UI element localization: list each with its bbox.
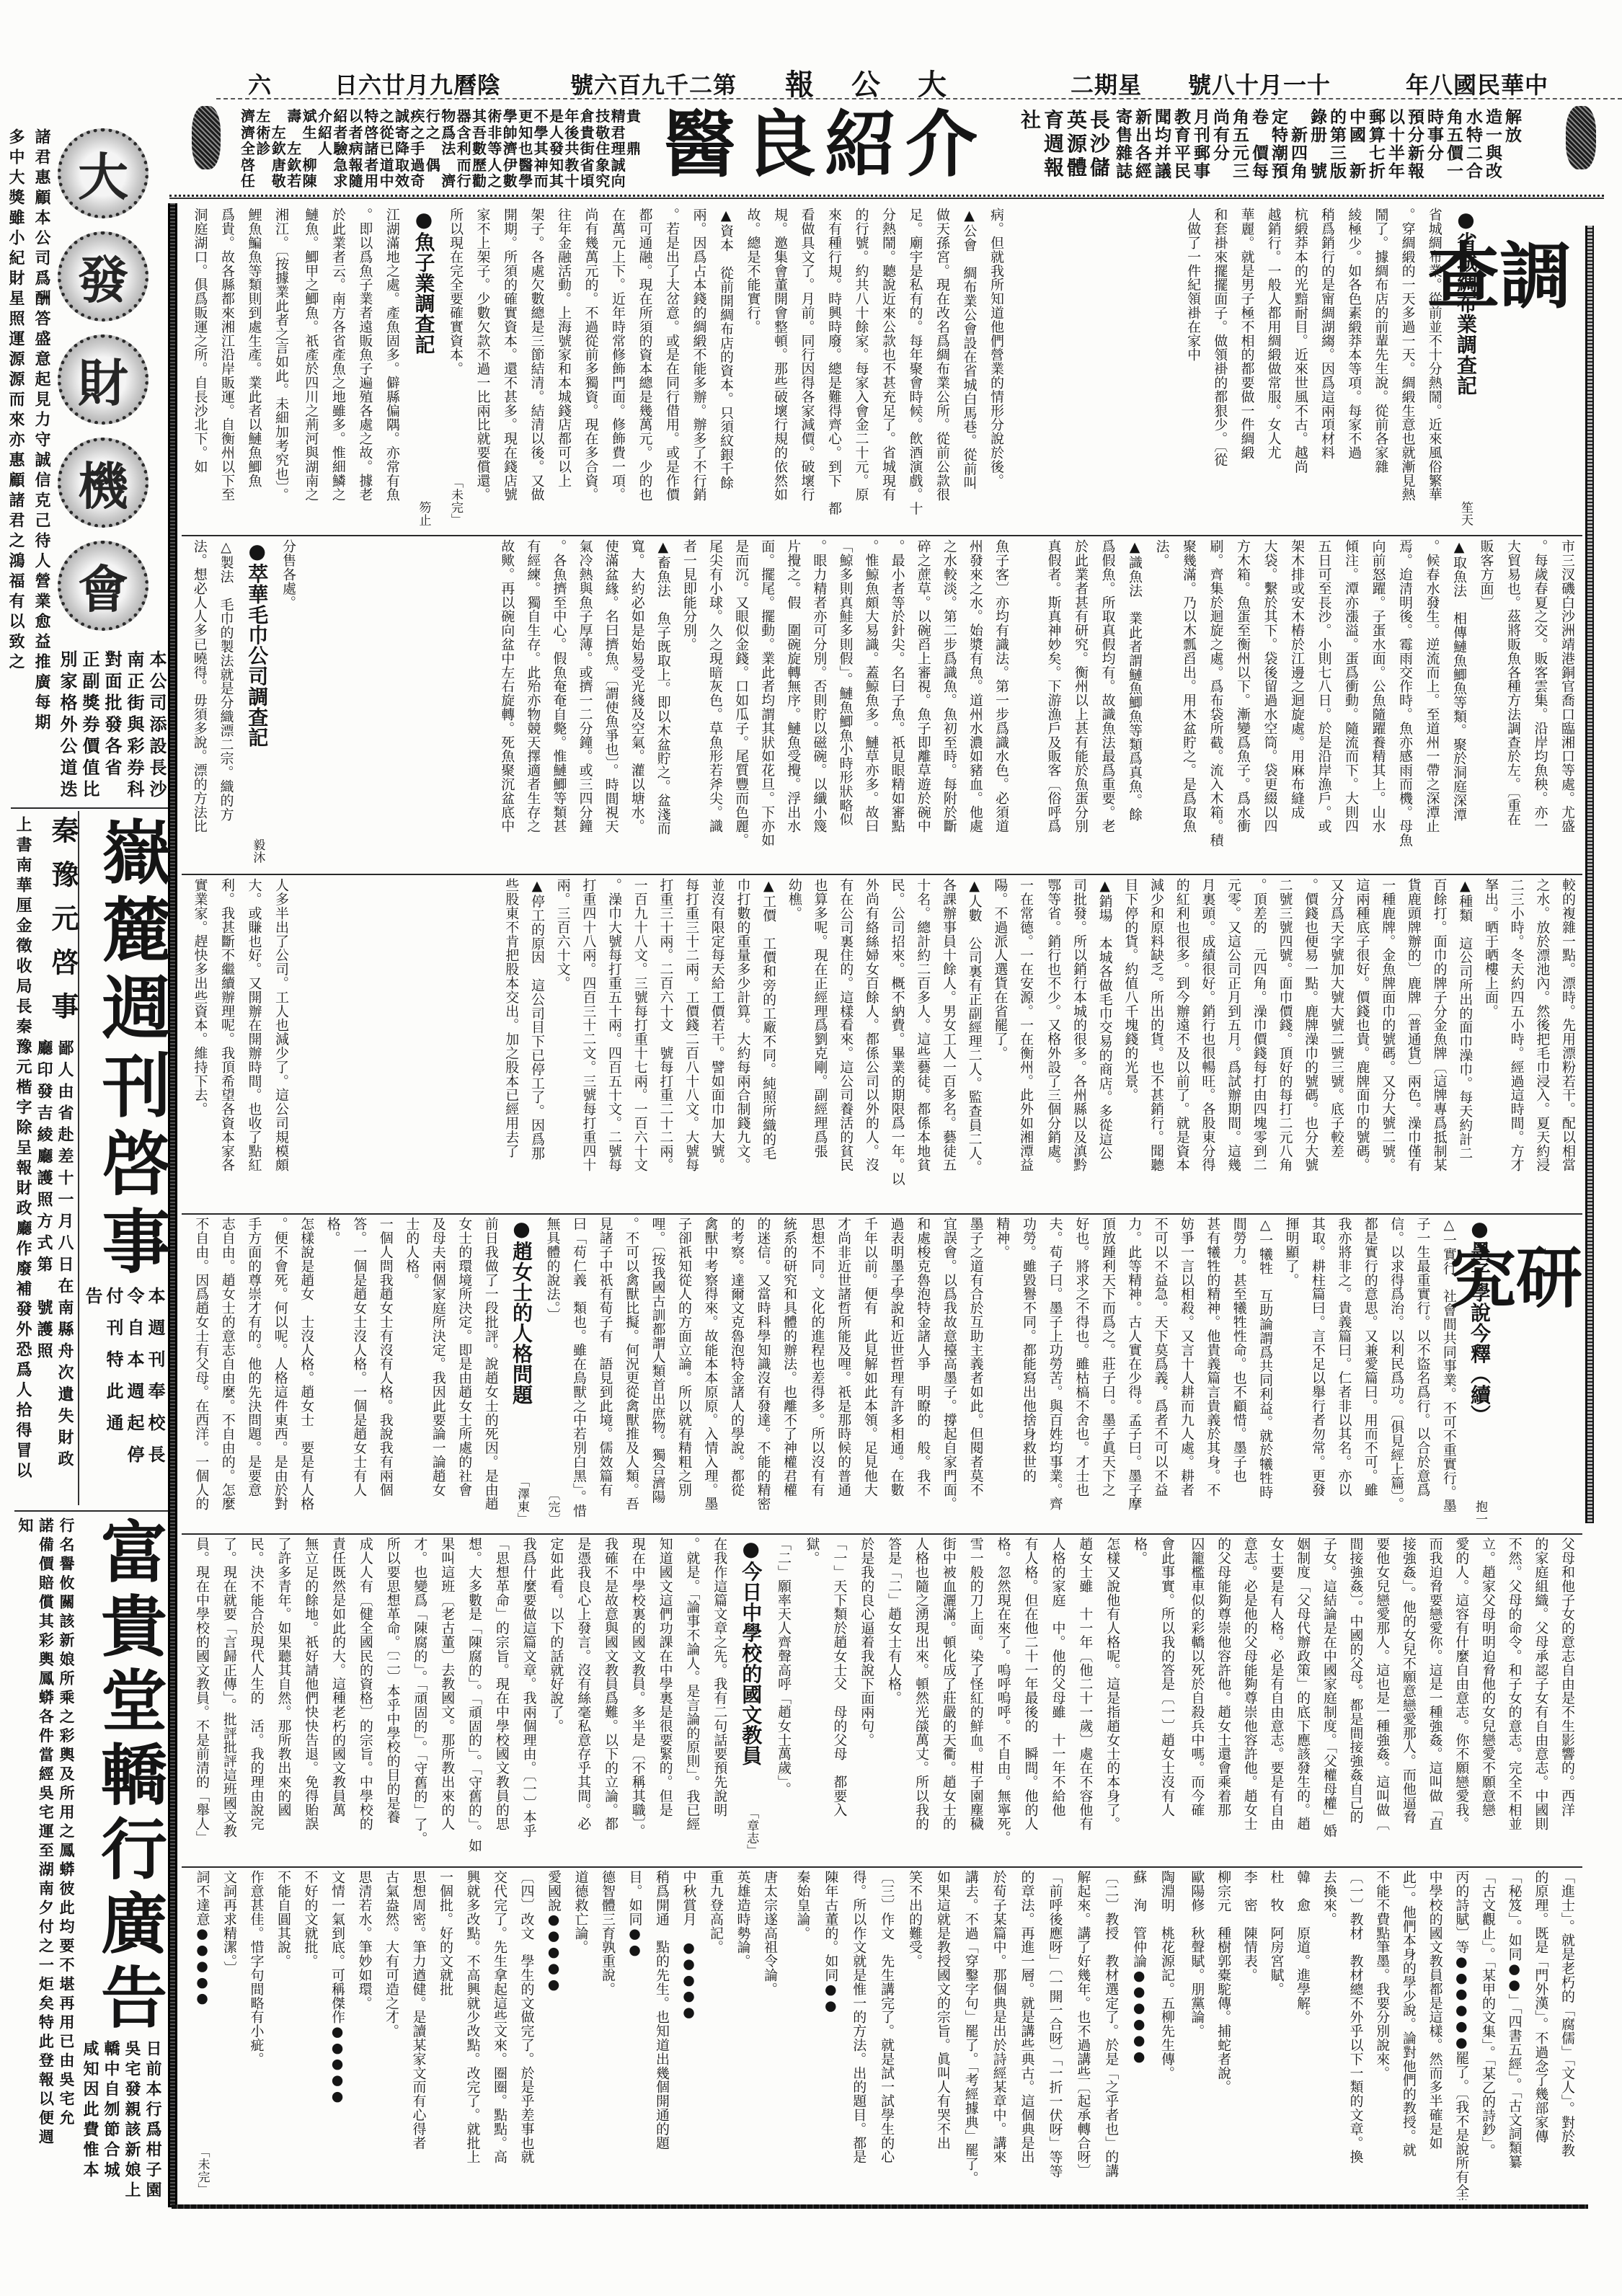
seal-circle: 財 <box>58 334 149 425</box>
column-text: 是憑我良心上發言。沒有絲毫私意存乎其間。必 <box>569 1537 596 1830</box>
text-column: 及母夫兩個家庭所決定。我因此要論一論趙女 <box>425 1217 451 1530</box>
column-text: 我確不是故意與國文教員爲難。以下的立論。都 <box>596 1537 624 1830</box>
magazine-notice: 寄新聞教月尚角卷定 錄的中郵以預時角水造解 售出均育刊有五 特新册第國算十分事五… <box>1116 108 1548 180</box>
text-column: 江湖滿地之處。產魚固多。僻縣偏隅。亦常有魚 <box>378 208 405 531</box>
column-text: 及母夫兩個家庭所決定。我因此要論一論趙女 <box>425 1217 451 1497</box>
text-column: 鰱魚。鯽甲之鯽魚。祇產於四川之荊河與湖南之 <box>297 208 324 531</box>
text-column: 交代完了。先生拿起這些文來。圈圈。點點。高 <box>486 1870 513 2200</box>
column-text: 怎樣又說他有人格呢。這是指趙女士的本身了。 <box>1098 1537 1125 1830</box>
text-column: 對面批發各省 <box>101 650 123 805</box>
text-column: 答是「二」趙女士有人格。 <box>879 1537 907 1861</box>
column-text: 實業家。趕快多出些資本。維持下去。 <box>186 878 213 1116</box>
fuguitang-ad-text-long: 行名譽攸關該新娘所乘之彩輿及所用之鳳蟒彼此均要不堪再用已由吳宅允諾備價賠償其彩輿… <box>14 1517 76 2206</box>
column-text: 有經練。獨自生存。此殆亦物競天擇適者生存之 <box>520 539 546 833</box>
column-text: 格。 <box>1125 1537 1153 1565</box>
text-column: 在萬元上下。近年時常修飾門面。修飾費一項。 <box>604 208 631 531</box>
column-text: 諸君惠顧本公司爲酬答盛意起見力守誠信克己待人營業愈益推廣每期 <box>29 128 55 734</box>
text-column: 。每歲春夏之交。販客雲集。沿岸均魚秧。亦一 <box>1526 539 1554 868</box>
text-column: 陶淵明 桃花源記。五柳先生傳。 <box>1153 1870 1181 2200</box>
column-text: 家不上架子。少數欠款不過一比兩比就要償還。 <box>469 208 496 501</box>
column-text: 我爲什麼要做這篇文章。我兩個理由。〔一〕本乎 <box>515 1537 542 1838</box>
text-column: 詞不達意●●●●●「未完」 <box>188 1870 216 2200</box>
column-text: 在萬元上下。近年時常修飾門面。修飾費一項。 <box>604 208 631 501</box>
text-column: 都是實行的意思。又兼愛篇曰。用而不可。雖 <box>1357 1217 1383 1530</box>
notice-row: 任 敬若陳 求隨用中效奇 濟行勸之數學而其十頃究向 <box>241 173 646 190</box>
column-text: 吳宅發親該新娘上 <box>121 2040 142 2202</box>
banner-title: 介紹良醫 <box>669 108 986 180</box>
column-text: 市三汊磯白沙洲靖港銅官喬口臨湘口等處。尤盛 <box>1554 539 1581 833</box>
column-text: 大 <box>78 137 128 210</box>
column-text: 的行號。約共八十餘家。每家入會金二十元。原 <box>847 208 874 501</box>
text-column: 的迷信。又當時科學知識沒有發達。不能的精密 <box>750 1217 776 1530</box>
column-text: 功勞。雖毀譽不同。都能寫出他捨身救世的 <box>1015 1217 1042 1483</box>
article-miss-zhao-personality: 統系的研究和具體的辦法。也離不了神權君權的迷信。又當時科學知識沒有發達。不能的精… <box>186 1217 802 1530</box>
column-text: 。候春水發生。逆流而上。至道州一帶之深潭止 <box>1418 539 1445 833</box>
text-column: 思想不同。文化的進程也差得多。所以沒有有 <box>804 1217 830 1530</box>
text-column: 開期。所須的確實資本。還不甚多。現在錢店號 <box>496 208 523 531</box>
article-fish-fry-identification: 魚子客〕亦均有識法。第一步爲識水色。必須道州發來之水。始漿有魚。道州水濃如豬血。… <box>494 539 1014 868</box>
text-column: 故歟。再以碗向盆中左右旋轉。死魚聚沉盆底中 <box>494 539 520 868</box>
text-column: 。若是出了大岔意。或是在同行借用。或是作價 <box>658 208 686 531</box>
text-column: 有經練。獨自生存。此殆亦物競天擇適者生存之 <box>520 539 546 868</box>
article-towel-staff-and-wages: 一在常德。一在安源。一在衡州。此外如湘潭益陽。不過派人選貨在省罷了。▲人數 公司… <box>497 878 1038 1207</box>
column-text: 機 <box>78 446 128 519</box>
text-column: 刷。齊集於迴旋之處。爲布袋所截。流入木箱。積 <box>1202 539 1229 868</box>
column-text: 法。 <box>1148 539 1175 567</box>
text-column: 都可通融。現在所須的資本總是幾萬元。少的也 <box>631 208 658 531</box>
column-text: 知道國文這們功課在中學裏是很要緊的。但是 <box>651 1537 678 1817</box>
column-text: 古氣盎然。大有可造之才。 <box>378 1870 405 2038</box>
text-column: 架木排或安木樁於江邊之迴旋處。用麻布縫成 <box>1283 539 1311 868</box>
text-column: 英雄造時勢論。 <box>729 1870 756 2200</box>
text-column: 焉。迨清明後。霉雨交作時。魚亦感雨而機。母魚 <box>1391 539 1419 868</box>
column-text: 鄂等省。銷行也不少。又格外設了三個分銷處。 <box>1040 878 1066 1171</box>
column-text: 二號三號四號。面巾價錢。頂好的每打二元八角 <box>1272 878 1298 1171</box>
text-column: 功勞。雖毀譽不同。都能寫出他捨身救世的 <box>1015 1217 1042 1530</box>
text-column: 尾尖有小球。久之現暗灰色。草魚形若斧尖。識 <box>702 539 728 868</box>
column-text: 於荀子某篇中。那個典是出於詩經某章中。講來 <box>985 1870 1013 2163</box>
column-text: 答是「二」趙女士有人格。 <box>879 1537 907 1705</box>
text-column: 之水。放於漂池內。然後把毛巾浸入。夏天約浸 <box>1529 878 1555 1207</box>
column-text: 講去。不過「穿鑿字句」罷了。「考經據典」罷了。 <box>957 1870 985 2185</box>
text-column: 也算多呢。現在正經理爲劉克剛。副經理爲張 <box>807 878 833 1207</box>
column-text: 李 密 陳情表。 <box>1236 1870 1263 1982</box>
text-column: ▲種類 這公司所出的面巾澡巾。每天約計二 <box>1452 878 1478 1207</box>
text-column: 文詞再求精潔。〕 <box>216 1870 243 2200</box>
text-column: 向前怒躍。子蛋水面。公魚隨躍養精其上。山水 <box>1364 539 1391 868</box>
column-text: 。若是出了大岔意。或是在同行借用。或是作價 <box>658 208 686 501</box>
text-column: 來有種行規。時興時廢。總是難得齊心。到下 都 <box>820 208 848 531</box>
column-text: 打重四十八兩。四百三十二文。三號每打重四十 <box>575 878 601 1171</box>
column-text: 別家格外公道迭 <box>56 650 79 802</box>
column-text: 。最小者等於針尖。名曰子魚。祇見眼精如審點 <box>885 539 910 833</box>
text-column: 本週刊奉校長 <box>145 1287 166 1503</box>
column-tail-note: 笏止 <box>405 501 442 531</box>
text-column: 丙的詩賦〕等●●●●●●罷了。〔我不是說所有全省 <box>1448 1870 1475 2200</box>
column-text: 文情一氣到底。可稱傑作●●●●● <box>324 1870 351 2104</box>
column-text: 也算多呢。現在正經理爲劉克剛。副經理爲張 <box>807 878 833 1158</box>
column-text: 文詞再求精潔。〕 <box>216 1870 243 1975</box>
text-column: 傾注。潭亦漲溢。蛋爲衝動。隨流而下。大則四 <box>1337 539 1365 868</box>
column-text: 子一生最重實行。以不盜名爲行。以合於意爲 <box>1409 1217 1435 1497</box>
page-bottom-rule <box>172 2204 1588 2209</box>
lottery-ad-circles: 大發財機會 <box>58 128 150 631</box>
tier-divider <box>182 1866 1582 1868</box>
text-column: 知 <box>14 1517 35 2206</box>
column-text: 了。現在就要「言歸正傳」。批評批評這班國文教 <box>215 1537 242 1838</box>
column-text: 「進士」。就是老朽的「腐儒」「文人」。對於教 <box>1554 1870 1580 2157</box>
text-column: 趙女士雖 十一年〔他二十一歲〕處在不容他有 <box>1071 1537 1098 1861</box>
text-column: 的章法。再進一層。就是講些典古。這個典是出 <box>1013 1870 1041 2200</box>
text-column: 架子。各處欠數總是三節結清。結清以後。又做 <box>523 208 550 531</box>
column-text: 江湖滿地之處。產魚固多。僻縣偏隅。亦常有魚 <box>378 208 405 501</box>
column-text: ●魚子業調查記 <box>405 208 442 355</box>
text-column: 有人格。但在他二十一年最後的 瞬間。他的人 <box>1016 1537 1044 1861</box>
headline-column: ●萃華毛巾公司調查記毅沐 <box>239 539 275 868</box>
column-text: 不然。父母的命令。和子女的意志。完全不相並 <box>1501 1537 1528 1830</box>
column-text: 洞庭湖口。俱爲販運之所。自長沙北下。如 <box>186 208 213 474</box>
text-column: 大袋。繫於其下。袋後留過水空筒。袋更綴以四 <box>1256 539 1283 868</box>
column-text: 於此業者甚有研究。衡州以上甚有能於魚蛋分別 <box>1067 539 1094 833</box>
ad-divider <box>14 1510 168 1512</box>
text-column: 人做了一件紀領褂在家中 <box>1179 208 1206 531</box>
column-text: 手方面的尊崇才有的。他的先決問題。是要意 <box>241 1217 267 1497</box>
text-column: 間接強姦〕。中國的父母。都是間接強姦自己的 <box>1342 1537 1369 1861</box>
text-column: 中秋賞月 ●●●●● <box>675 1870 702 2200</box>
text-column: 拏出。晒于晒樓上面。 <box>1477 878 1503 1207</box>
ad-divider <box>11 807 168 809</box>
notice-row: 誌經議民事 三每預角號版新折年報 一合改 <box>1116 162 1548 180</box>
article-miss-zhao-continued: 父母和他子女的意志自由是不生影響的。西洋的家庭組織。父母承認子女有自由意志。中國… <box>1182 1537 1580 1861</box>
text-column: 杜 牧 阿房宮賦。 <box>1263 1870 1290 2200</box>
column-text: 趙女士雖 十一年〔他二十一歲〕處在不容他有 <box>1071 1537 1098 1830</box>
column-text: 不能不費點筆墨。我要分別說來。 <box>1368 1870 1395 2080</box>
column-text: 現在中學校裏的國文教員。多半是〔不稱其職〕。 <box>624 1537 651 1838</box>
column-text: 子女。這結論是在中國家庭制度。「父權母權」婚 <box>1316 1537 1342 1838</box>
column-text: 。不可以禽獸比擬。何況更從禽獸推及人類。吾 <box>619 1217 645 1510</box>
text-column: 的原理。既是「門外漢」。不過念了幾部家傳 <box>1528 1870 1554 2200</box>
text-column: 德智體三育孰重說。 <box>594 1870 621 2200</box>
text-column: 。就是。「論事不論人。是言論的原則」。我已經 <box>678 1537 706 1861</box>
text-column: 此〕。他們本身的學少說。論對他們的教授。就 <box>1395 1870 1422 2200</box>
text-column: 責任既然是如此的大。這種老朽的國文教員萬 <box>324 1537 351 1861</box>
column-text: 歐陽修 秋聲賦。朋黨論。 <box>1184 1870 1210 2038</box>
text-column: 鄙人由省赴差十一月八日在南縣舟次遺失財政 <box>54 1040 75 1504</box>
column-text: 有人格。但在他二十一年最後的 瞬間。他的人 <box>1016 1537 1044 1830</box>
column-text: 詞不達意●●●●● <box>188 1870 216 2007</box>
text-column: 。不可以禽獸比擬。何況更從禽獸推及人類。吾 <box>619 1217 645 1530</box>
column-text: 尾尖有小球。久之現暗灰色。草魚形若斧尖。識 <box>702 539 728 833</box>
column-text: 德智體三育孰重說。 <box>594 1870 621 1996</box>
text-column: 打重四十八兩。四百三十二文。三號每打重四十 <box>575 878 601 1207</box>
column-text: 州發來之水。始漿有魚。道州水濃如豬血。他處 <box>962 539 988 833</box>
column-text: 前日我做了一段批評。說趙女士的死因。是由趙 <box>477 1217 504 1510</box>
text-column: 氣冷熱與魚子厚薄。或擠一二分鐘。或三四分鐘 <box>572 539 598 868</box>
text-column: 「秘笈」。如同●●」「四書五經」。「古文詞類纂 <box>1501 1870 1528 2200</box>
text-column: 而我迫脅要戀愛你。這是一種強姦。這叫做「直 <box>1422 1537 1448 1861</box>
text-column: 廳印發吉綾廳護照方式第 號護照 <box>33 1040 54 1504</box>
text-column: 百餘打。面巾的牌子分金魚牌〔這牌專爲抵制某 <box>1426 878 1452 1207</box>
column-text: 了許多青年。如果聽其自然。那所教出來的國 <box>270 1537 297 1817</box>
text-column: 減少和原料缺乏。所出的貨。也不甚銷行。聞聽 <box>1143 878 1169 1207</box>
text-column: 正副獎券價值比 <box>79 650 101 805</box>
article-middle-school-teachers: 「二」願率天人齊聲高呼「趙女士萬歲」。●今日中學校的國文教員「章志」在我作這篇文… <box>186 1537 797 1861</box>
qin-notice-text-long: 上書南華厘金徵收局長秦豫元楷字除呈報財政廳作廢補發外恐爲人拾得冒以 <box>12 816 33 1504</box>
article-towel-conclusion: 人多半出了公司。工人也減少了。這公司規模頗大。或賺也好。又開辦在開辦時間。也收了… <box>186 878 294 1207</box>
column-text: 外尚有絡絲婦女百餘人。都係公司以外的人。沒 <box>858 878 884 1171</box>
column-text: 刷。齊集於迴旋之處。爲布袋所截。流入木箱。積 <box>1202 539 1229 847</box>
article-mozi-doctrine: ●墨子學說今釋（續）抱一△一實行 社會間共同事業。不可不重實行。墨子一生最重實行… <box>1121 1217 1497 1530</box>
text-column: 於此業者甚有研究。衡州以上甚有能於魚蛋分別 <box>1067 539 1094 868</box>
text-column: 。穿綢緞的一天多過一天。綢緞生意也就漸見熱 <box>1393 208 1420 531</box>
column-text: 令自本週起停 <box>124 1287 145 1477</box>
column-text: 間接強姦〕。中國的父母。都是間接強姦自己的 <box>1342 1537 1369 1824</box>
text-column: 諾備價賠償其彩輿鳳蟒各件當經吳宅運至湖南夕付之一炬矣特此登報以便週 <box>35 1517 56 2206</box>
column-text: 日前本行爲柑子園 <box>142 2040 163 2202</box>
text-column: 中學校的國文教員都是這樣。然而多半確是如 <box>1422 1870 1448 2200</box>
qin-notice-text: 鄙人由省赴差十一月八日在南縣舟次遺失財政廳印發吉綾廳護照方式第 號護照 <box>33 1040 75 1504</box>
text-column: 。便不會死。何以呢。人格這件東西。是由於對 <box>267 1217 293 1530</box>
text-column: 外尚有絡絲婦女百餘人。都係公司以外的人。沒 <box>858 878 884 1207</box>
doctor-notice: 濟左 壽斌介紹以特之誠疾行物器其術學更不是年倉技精貴 濟術左 生紹者者啓從寄之之… <box>241 108 646 190</box>
text-column: 。惟鯨魚頗大易識。蓋鯨魚多。鰱草亦多。故曰 <box>858 539 884 868</box>
text-column: 於荀子某篇中。那個典是出於詩經某章中。講來 <box>985 1870 1013 2200</box>
column-text: 十名。總計約二百多人。這些藝徒。都係本地貧 <box>910 878 936 1171</box>
text-column: 手方面的尊崇才有的。他的先決問題。是要意 <box>241 1217 267 1530</box>
tier-divider <box>182 1533 1582 1535</box>
column-text: 「鯨多則真鮭多則假」。鰱魚鯽魚小時形狀略似 <box>832 539 858 826</box>
column-text: 興就多改點。不高興就少改點。改完了。就批上 <box>458 1870 486 2163</box>
column-text: 大袋。繫於其下。袋後留過水空筒。袋更綴以四 <box>1256 539 1283 833</box>
text-column: 講去。不過「穿鑿字句」罷了。「考經據典」罷了。 <box>957 1870 985 2200</box>
column-text: 故。總是不能實行。 <box>739 208 766 334</box>
text-column: 尚有幾萬元的。不過從前多獨資。現在多合資。 <box>577 208 604 531</box>
notice-row: 社育英長 <box>1018 108 1113 132</box>
text-column: 去換來。 <box>1316 1870 1342 2200</box>
column-text: 大貿易也。茲將販魚各種方法調查於左。〔重在 <box>1499 539 1527 826</box>
text-column: 大。或賺也好。又開辦在開辦時間。也收了點紅 <box>240 878 267 1207</box>
article-towel-company-survey: 分售各處。●萃華毛巾公司調查記毅沐△製法 毛巾的製法就是分織漂二宗。織的方法。想… <box>186 539 301 868</box>
text-column: 墨子之道有合於互助主義者如此。但閱者莫不 <box>962 1217 989 1530</box>
column-text: 秦始皇論。 <box>789 1870 817 1940</box>
notice-row: 寄新聞教月尚角卷定 錄的中郵以預時角水造解 <box>1116 108 1548 126</box>
text-column: 歐陽修 秋聲賦。朋黨論。 <box>1184 1870 1210 2200</box>
text-column: 諸君惠顧本公司爲酬答盛意起見力守誠信克己待人營業愈益推廣每期 <box>29 128 55 781</box>
column-text: 接強姦」。他的女兒不願意戀愛那人。而他逼脅 <box>1395 1537 1422 1824</box>
text-column: 目。如同●● <box>621 1870 648 2200</box>
column-text: 民。公司招來。概不納費。畢業的期限爲一年。以 <box>884 878 910 1186</box>
text-column: 愛的人。這容有什麼自由意志。你不願戀愛我。 <box>1448 1537 1475 1861</box>
text-column: 過表明墨子學說和近世哲理有許多相通。在數 <box>883 1217 910 1530</box>
text-column: 稍爲開通 點的先生。也知道出幾個開通的題 <box>648 1870 675 2200</box>
text-column: 〔三〕作文 先生講完了。就是試一試學生的心 <box>872 1870 900 2200</box>
text-column: 李 密 陳情表。 <box>1236 1870 1263 2200</box>
column-text: 廳印發吉綾廳護照方式第 號護照 <box>33 1040 54 1364</box>
text-column: 者一見即能分別。 <box>676 539 702 868</box>
column-text: 的迷信。又當時科學知識沒有發達。不能的精密 <box>750 1217 776 1510</box>
column-text: ▲工價 工價和旁的工廠不同。純照所織的毛 <box>755 878 781 1160</box>
paper-name: 大公報 <box>821 71 984 99</box>
column-text: 不能自圓其說。 <box>270 1870 297 1968</box>
text-column: ▲識魚法 業此者謂鰱魚鯽魚等類爲真魚。餘 <box>1121 539 1148 868</box>
column-tail-note: 「未完」 <box>188 2145 216 2200</box>
text-column: 好也。將求之不得也。雖枯槁不舍也。才士也 <box>1068 1217 1095 1530</box>
text-column: 知道國文這們功課在中學裏是很要緊的。但是 <box>651 1537 678 1861</box>
text-column: 文情一氣到底。可稱傑作●●●●● <box>324 1870 351 2200</box>
column-text: 巾打數的重量多少計算。大約每兩合制錢九文。 <box>730 878 755 1171</box>
column-text: 面。擺尾。擺動。業此者均謂其狀如花旦。下亦如 <box>754 539 780 847</box>
column-text: 人做了一件紀領褂在家中 <box>1179 208 1206 361</box>
text-column: 爲假魚。所取真假均有。故識魚法最爲重要。老 <box>1094 539 1121 868</box>
article-silk-cloth-survey: ●省城綢布業調查記笙天省城綢布業。從前並不十分熱鬧。近來風俗繁華。穿綢緞的一天多… <box>1179 208 1484 531</box>
right-border-ornament <box>1585 226 1594 1523</box>
column-text: 要他女兒戀愛那人。這也是一種強姦。這叫做〔 <box>1368 1537 1395 1830</box>
column-text: 的父母能夠尊崇他容許他。趙女士還會乘着那 <box>1210 1537 1236 1817</box>
column-text: ▲識魚法 業此者謂鰱魚鯽魚等類爲真魚。餘 <box>1121 539 1148 821</box>
column-text: ▲銷場 本城各做毛巾交易的商店。多從這公 <box>1091 878 1117 1160</box>
column-text: 。頂差的 元四角。澡巾價錢每打由四塊零到二 <box>1246 878 1272 1171</box>
column-text: 韓 愈 原道。進學解。 <box>1289 1870 1316 2024</box>
text-column: 怎樣說是趙女 士沒人格。趙女士 要是有人格 <box>293 1217 320 1530</box>
text-column: 聚幾滿。乃以木瓢舀出。用木盆貯之。是爲取魚 <box>1175 539 1202 868</box>
column-text: 貨鹿頭牌辦的〕鹿牌〔普通貨〕兩色。澡巾僅有 <box>1400 878 1426 1171</box>
column-text: 於此業者云。南方各省產魚之地雖多。惟細鱗之 <box>324 208 351 501</box>
column-text: 之水較淡。第二步爲識魚。魚初至時。每附於斷 <box>936 539 962 833</box>
text-column: 使滿盆緣。名曰擠魚。〔謂使魚爭也〕。時間視天 <box>598 539 624 868</box>
text-column: 州發來之水。始漿有魚。道州水濃如豬血。他處 <box>962 539 988 868</box>
column-text: 有在公司裏住的。這樣看來。這公司養活的貧民 <box>832 878 858 1171</box>
tier-divider <box>182 874 1582 875</box>
column-text: 意志。必是他的父母能夠尊崇他容許他。趙女士 <box>1236 1537 1263 1830</box>
article-silk-capital-and-fry-survey: 規。邀集會董開會整頓。那些破壞行規的依然如故。總是不能實行。▲資本 從前開綢布店… <box>296 208 793 531</box>
column-text: 哩。〔按我國古訓都謂人類首出庶物。獨合濟陽 <box>644 1217 671 1504</box>
text-column: 目下停的貨。約值八千塊錢的光景。 <box>1117 878 1143 1207</box>
column-text: 稍爲銷行的是甯綢湖縐。因爲這兩項材料 <box>1313 208 1340 459</box>
text-column: 足。廟宇是私有的。每年聚會時候。飲酒演戲。十 <box>901 208 929 531</box>
column-text: 架木排或安木樁於江邊之迴旋處。用麻布縫成 <box>1283 539 1311 819</box>
tier-divider <box>182 535 1582 536</box>
column-text: 販客方面〕 <box>1472 539 1499 609</box>
column-text: 規。邀集會董開會整頓。那些破壞行規的依然如 <box>766 208 794 501</box>
text-column: 在我作這篇文章之先。我有二句話要預先說明 <box>705 1537 732 1861</box>
column-text: 陶淵明 桃花源記。五柳先生傳。 <box>1153 1870 1181 2080</box>
text-column: 要他女兒戀愛那人。這也是一種強姦。這叫做〔 <box>1369 1537 1396 1861</box>
text-column: 鄂等省。銷行也不少。又格外設了三個分銷處。 <box>1040 878 1066 1207</box>
column-text: 上書南華厘金徵收局長秦豫元楷字除呈報財政廳作廢補發外恐爲人拾得冒以 <box>12 816 33 1482</box>
text-column: ▲銷場 本城各做毛巾交易的商店。多從這公 <box>1091 878 1117 1207</box>
column-text: 好也。將求之不得也。雖枯槁不舍也。才士也 <box>1068 1217 1095 1497</box>
column-text: ▲畜魚法 魚子既取上。即以木盆貯之。盆淺而 <box>650 539 676 835</box>
article-teachers-instruction: 陶淵明 桃花源記。五柳先生傳。蘇 洵 管仲論●●●●●●〔二〕教授 教材選定了。… <box>786 1870 1181 2200</box>
text-column: 思清若水。筆妙如環。 <box>350 1870 378 2200</box>
column-text: 往年金融活動。上海號家和本城錢店都可以上 <box>550 208 577 487</box>
fuguitang-ad-text: 日前本行爲柑子園吳宅發親該新娘上轎中自刎節合城咸知因此費惟本 <box>79 2040 163 2204</box>
text-column: ▲公會 綢布業公會設在省城白馬巷。從前叫 <box>955 208 983 531</box>
text-column: 了。現在就要「言歸正傳」。批評批評這班國文教 <box>215 1537 242 1861</box>
text-column: 哩。〔按我國古訓都謂人類首出庶物。獨合濟陽 <box>644 1217 671 1530</box>
column-text: 此〕。他們本身的學少說。論對他們的教授。就 <box>1395 1870 1422 2157</box>
text-column: 女士的環境所決定。即是由趙女士所處的社會 <box>451 1217 478 1530</box>
column-text: ●萃華毛巾公司調查記 <box>239 539 275 748</box>
column-text: 司批發。所以銷行本城的很多。各州縣以及滇黔 <box>1065 878 1091 1171</box>
text-column: 較的複雜一點。漂時。先用漂粉若干。配以相當 <box>1554 878 1580 1207</box>
column-text: 者一見即能分別。 <box>676 539 702 651</box>
text-column: 不能不費點筆墨。我要分別說來。 <box>1369 1870 1396 2200</box>
tier-divider <box>182 1213 1582 1215</box>
column-text: 〔三〕作文 先生講完了。就是試一試學生的心 <box>872 1870 900 2163</box>
text-column: 的紅利也很多。到今辦遠不及以前了。就是資本 <box>1169 878 1195 1207</box>
column-text: 爲貴。故各縣都來湘江沿岸販運。自衡州以下至 <box>213 208 241 501</box>
text-column: 利。我甚斷不繼續辦理呢。我頂希望各資本家各 <box>213 878 241 1207</box>
text-column: 統系的研究和具體的辦法。也離不了神權君權 <box>776 1217 803 1530</box>
column-text: ▲人數 公司裏有正副經理二人。監查員二人。 <box>961 878 987 1174</box>
text-column: 興就多改點。不高興就少改點。改完了。就批上 <box>458 1870 486 2200</box>
column-text: 格。忽然現在來了。嗚呼嗚呼。不自由。無寧死。 <box>989 1537 1016 1845</box>
text-column: 吳宅發親該新娘上 <box>121 2040 142 2204</box>
text-column: 付刊特此通 <box>103 1287 124 1503</box>
column-text: 不可以不益急。天下莫爲義。爲者不可以不益 <box>1147 1217 1173 1497</box>
text-column: 〔四〕改文 學生的文做完了。於是乎差事也就 <box>513 1870 540 2200</box>
column-text: 。即以爲魚子業者遠販魚子遍殖各處之故。據老 <box>351 208 378 501</box>
column-text: 人格也隨之湧現出來。頓然光燄萬丈。所以我的 <box>907 1537 934 1830</box>
column-text: 各課辦事員十餘人。男女工人一百多名。藝徒五 <box>935 878 961 1171</box>
article-teachers-materials: 「進士」。就是老朽的「腐儒」「文人」。對於教的原理。既是「門外漢」。不過念了幾部… <box>1182 1870 1580 2200</box>
text-column: 大貿易也。茲將販魚各種方法調查於左。〔重在 <box>1499 539 1527 868</box>
text-column: 分熱鬧。聽說近來公款也不甚充足了。省城現有 <box>874 208 902 531</box>
column-text: ●趙女士的人格問題 <box>504 1217 539 1405</box>
notice-row: 全診欽左 人驗病諸已降手 法利數等濟也其發共街住理鼎 <box>241 141 646 157</box>
column-text: 才。也變爲「陳腐的」。「頑固的」。「守舊的」了。 <box>406 1537 433 1845</box>
column-text: 看做具文了。月前。同行因得各家減價。破壞行 <box>793 208 820 501</box>
text-column: 意志。必是他的父母能夠尊崇他容許他。趙女士 <box>1236 1537 1263 1861</box>
text-column: 志自由。趙女士的意志自由麼。不自由的。怎麼 <box>214 1217 241 1530</box>
column-text: 發 <box>78 240 128 313</box>
column-text: 笑不出的難受。 <box>900 1870 929 1968</box>
ornament-seal-icon <box>1566 106 1596 169</box>
text-column: 我確不是故意與國文教員爲難。以下的立論。都 <box>596 1537 624 1861</box>
column-text: 對面批發各省 <box>101 650 123 780</box>
column-text: 間勞力。甚至犧牲性命。也不顧惜。墨子也 <box>1226 1217 1251 1483</box>
text-column: 父母和他子女的意志自由是不生影響的。西洋 <box>1554 1537 1580 1861</box>
column-text: 如果這就是教授國文的宗旨。眞叫人有哭不出 <box>929 1870 957 2150</box>
text-column: 規。邀集會董開會整頓。那些破壞行規的依然如 <box>766 208 794 531</box>
column-text: 過表明墨子學說和近世哲理有許多相通。在數 <box>883 1217 910 1497</box>
text-column: 子一生最重實行。以不盜名爲行。以合於意爲 <box>1409 1217 1435 1530</box>
column-text: 碎之蔗草。以碗舀上審視。魚子即離草遊於碗中 <box>910 539 936 833</box>
text-column: 頂放踵利天下而爲之。莊子曰。墨子眞天下之 <box>1094 1217 1121 1530</box>
text-column: 和處梭克魯泡特金諸人爭 明瞭的 般。我不 <box>910 1217 936 1530</box>
column-text: 聚幾滿。乃以木瓢舀出。用木盆貯之。是爲取魚 <box>1175 539 1202 833</box>
column-text: 果叫這班〔老古董〕去教國文。那所教出來的人 <box>433 1537 460 1830</box>
column-text: 禽獸中考察得來。故能本本原原。入情入理。墨 <box>697 1217 724 1510</box>
notice-row: 啓 唐欽柳 急報者道取過偶 而歷人伊醫神知教省象誠 <box>241 157 646 174</box>
column-text: 一在常德。一在安源。一在衡州。此外如湘潭益 <box>1012 878 1038 1171</box>
text-column: ▲停工的原因 這公司目下已停工了。因爲那 <box>523 878 549 1207</box>
column-text: 五日可至長沙。小則七八日。於是沿岸漁戶。或 <box>1310 539 1337 833</box>
text-column: 。最小者等於針尖。名曰子魚。祇見眼精如審點 <box>885 539 910 868</box>
text-column: 。澡巾大號每打重五十兩。四百五十文。二號每 <box>601 878 626 1207</box>
column-text: 來有種行規。時興時廢。總是難得齊心。到下 都 <box>820 208 848 515</box>
text-column: 千年以前。便有 此見解如此本領。足見他大 <box>856 1217 883 1530</box>
column-text: 答。一個是趙女士沒人格。一個是趙女士有人 <box>346 1217 373 1497</box>
text-column: 是憑我良心上發言。沒有絲毫私意存乎其間。必 <box>569 1537 596 1861</box>
column-text: 故歟。再以碗向盆中左右旋轉。死魚聚沉盆底中 <box>494 539 520 833</box>
column-text: 囚籠檻車似的彩轎以死於自殺兵中嗎。而今確 <box>1184 1537 1210 1817</box>
column-text: 都可通融。現在所須的資本總是幾萬元。少的也 <box>631 208 658 501</box>
column-text: 我亦將非之。貴義篇曰。仁者非以其名。亦以 <box>1331 1217 1357 1497</box>
column-text: 目下停的貨。約值八千塊錢的光景。 <box>1117 878 1143 1102</box>
header-bottom-rule <box>169 195 1604 199</box>
